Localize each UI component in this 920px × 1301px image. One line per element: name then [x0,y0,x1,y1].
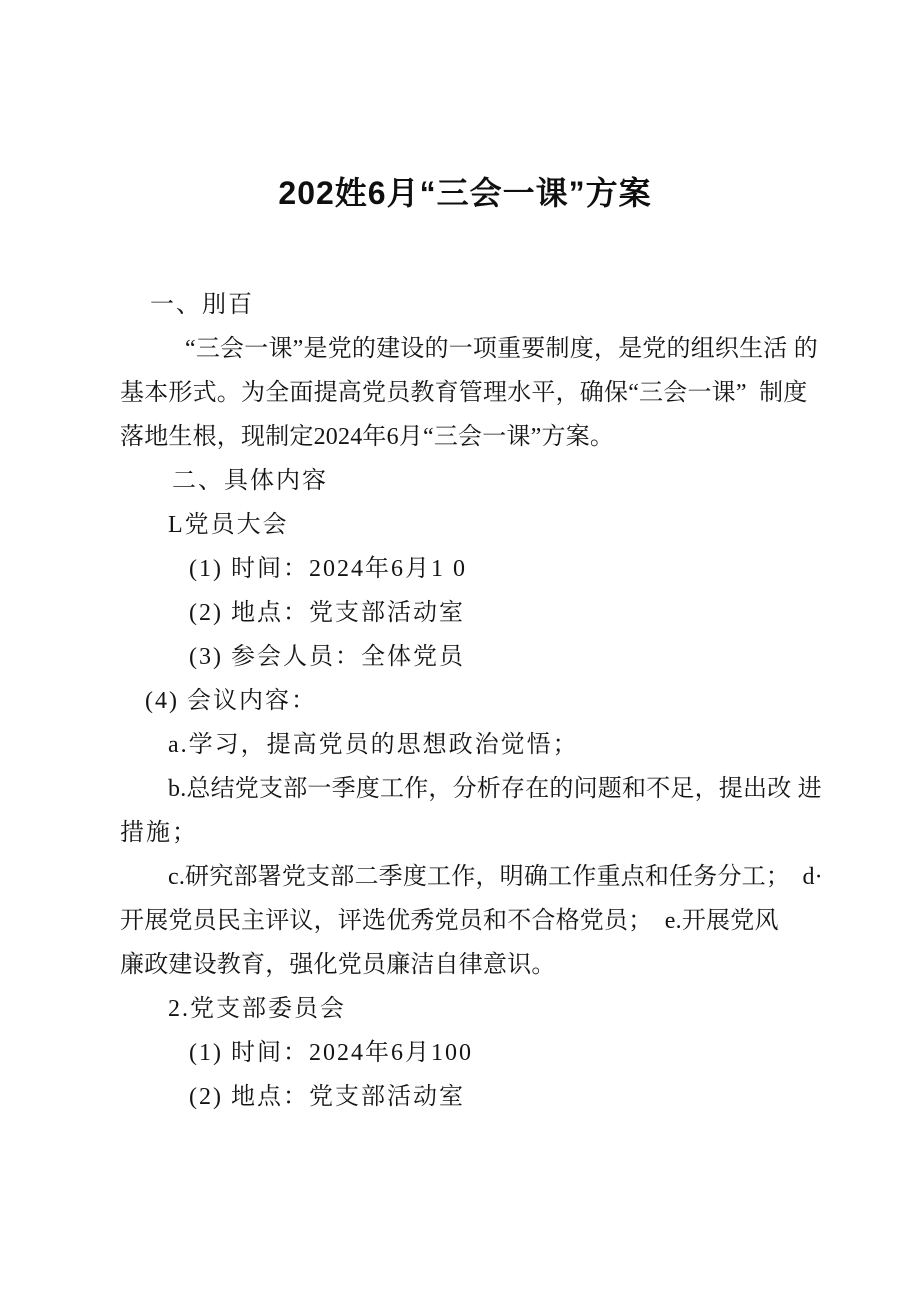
list-item-place-2: (2) 地点：党支部活动室 [189,1075,820,1119]
agenda-item-a: a.学习，提高党员的思想政治觉悟； [168,723,820,767]
paragraph-line: “三会一课”是党的建设的一项重要制度，是党的组织生活 的 [185,327,820,371]
subsection-heading-1: L党员大会 [168,503,820,547]
list-item-place: (2) 地点：党支部活动室 [189,591,820,635]
paragraph-line: 基本形式。为全面提高党员教育管理水平，确保“三会一课” 制度 [120,371,820,415]
list-item-time-2: (1) 时间：2024年6月100 [189,1031,820,1075]
document-page: 202姓6月“三会一课”方案 一、刖百 “三会一课”是党的建设的一项重要制度，是… [0,0,920,1301]
list-item-time: (1) 时间：2024年6月1 0 [189,547,820,591]
list-item-agenda: (4) 会议内容： [145,679,820,723]
document-body: 一、刖百 “三会一课”是党的建设的一项重要制度，是党的组织生活 的 基本形式。为… [120,283,820,1119]
paragraph-line: 落地生根，现制定2024年6月“三会一课”方案。 [120,415,820,459]
subsection-heading-2: 2.党支部委员会 [168,987,820,1031]
agenda-item-b-cont: 措施； [120,811,820,855]
agenda-item-b: b.总结党支部一季度工作，分析存在的问题和不足，提出改 进 [168,767,820,811]
document-title: 202姓6月“三会一课”方案 [120,168,810,214]
list-item-attendees: (3) 参会人员：全体党员 [189,635,820,679]
agenda-item-e-cont: 廉政建设教育，强化党员廉洁自律意识。 [120,943,820,987]
section-heading-1: 一、刖百 [150,283,820,327]
agenda-item-d-e: 开展党员民主评议，评选优秀党员和不合格党员； e.开展党风 [120,899,820,943]
section-heading-2: 二、具体内容 [172,459,820,503]
agenda-item-c: c.研究部署党支部二季度工作，明确工作重点和任务分工； d· [168,855,820,899]
